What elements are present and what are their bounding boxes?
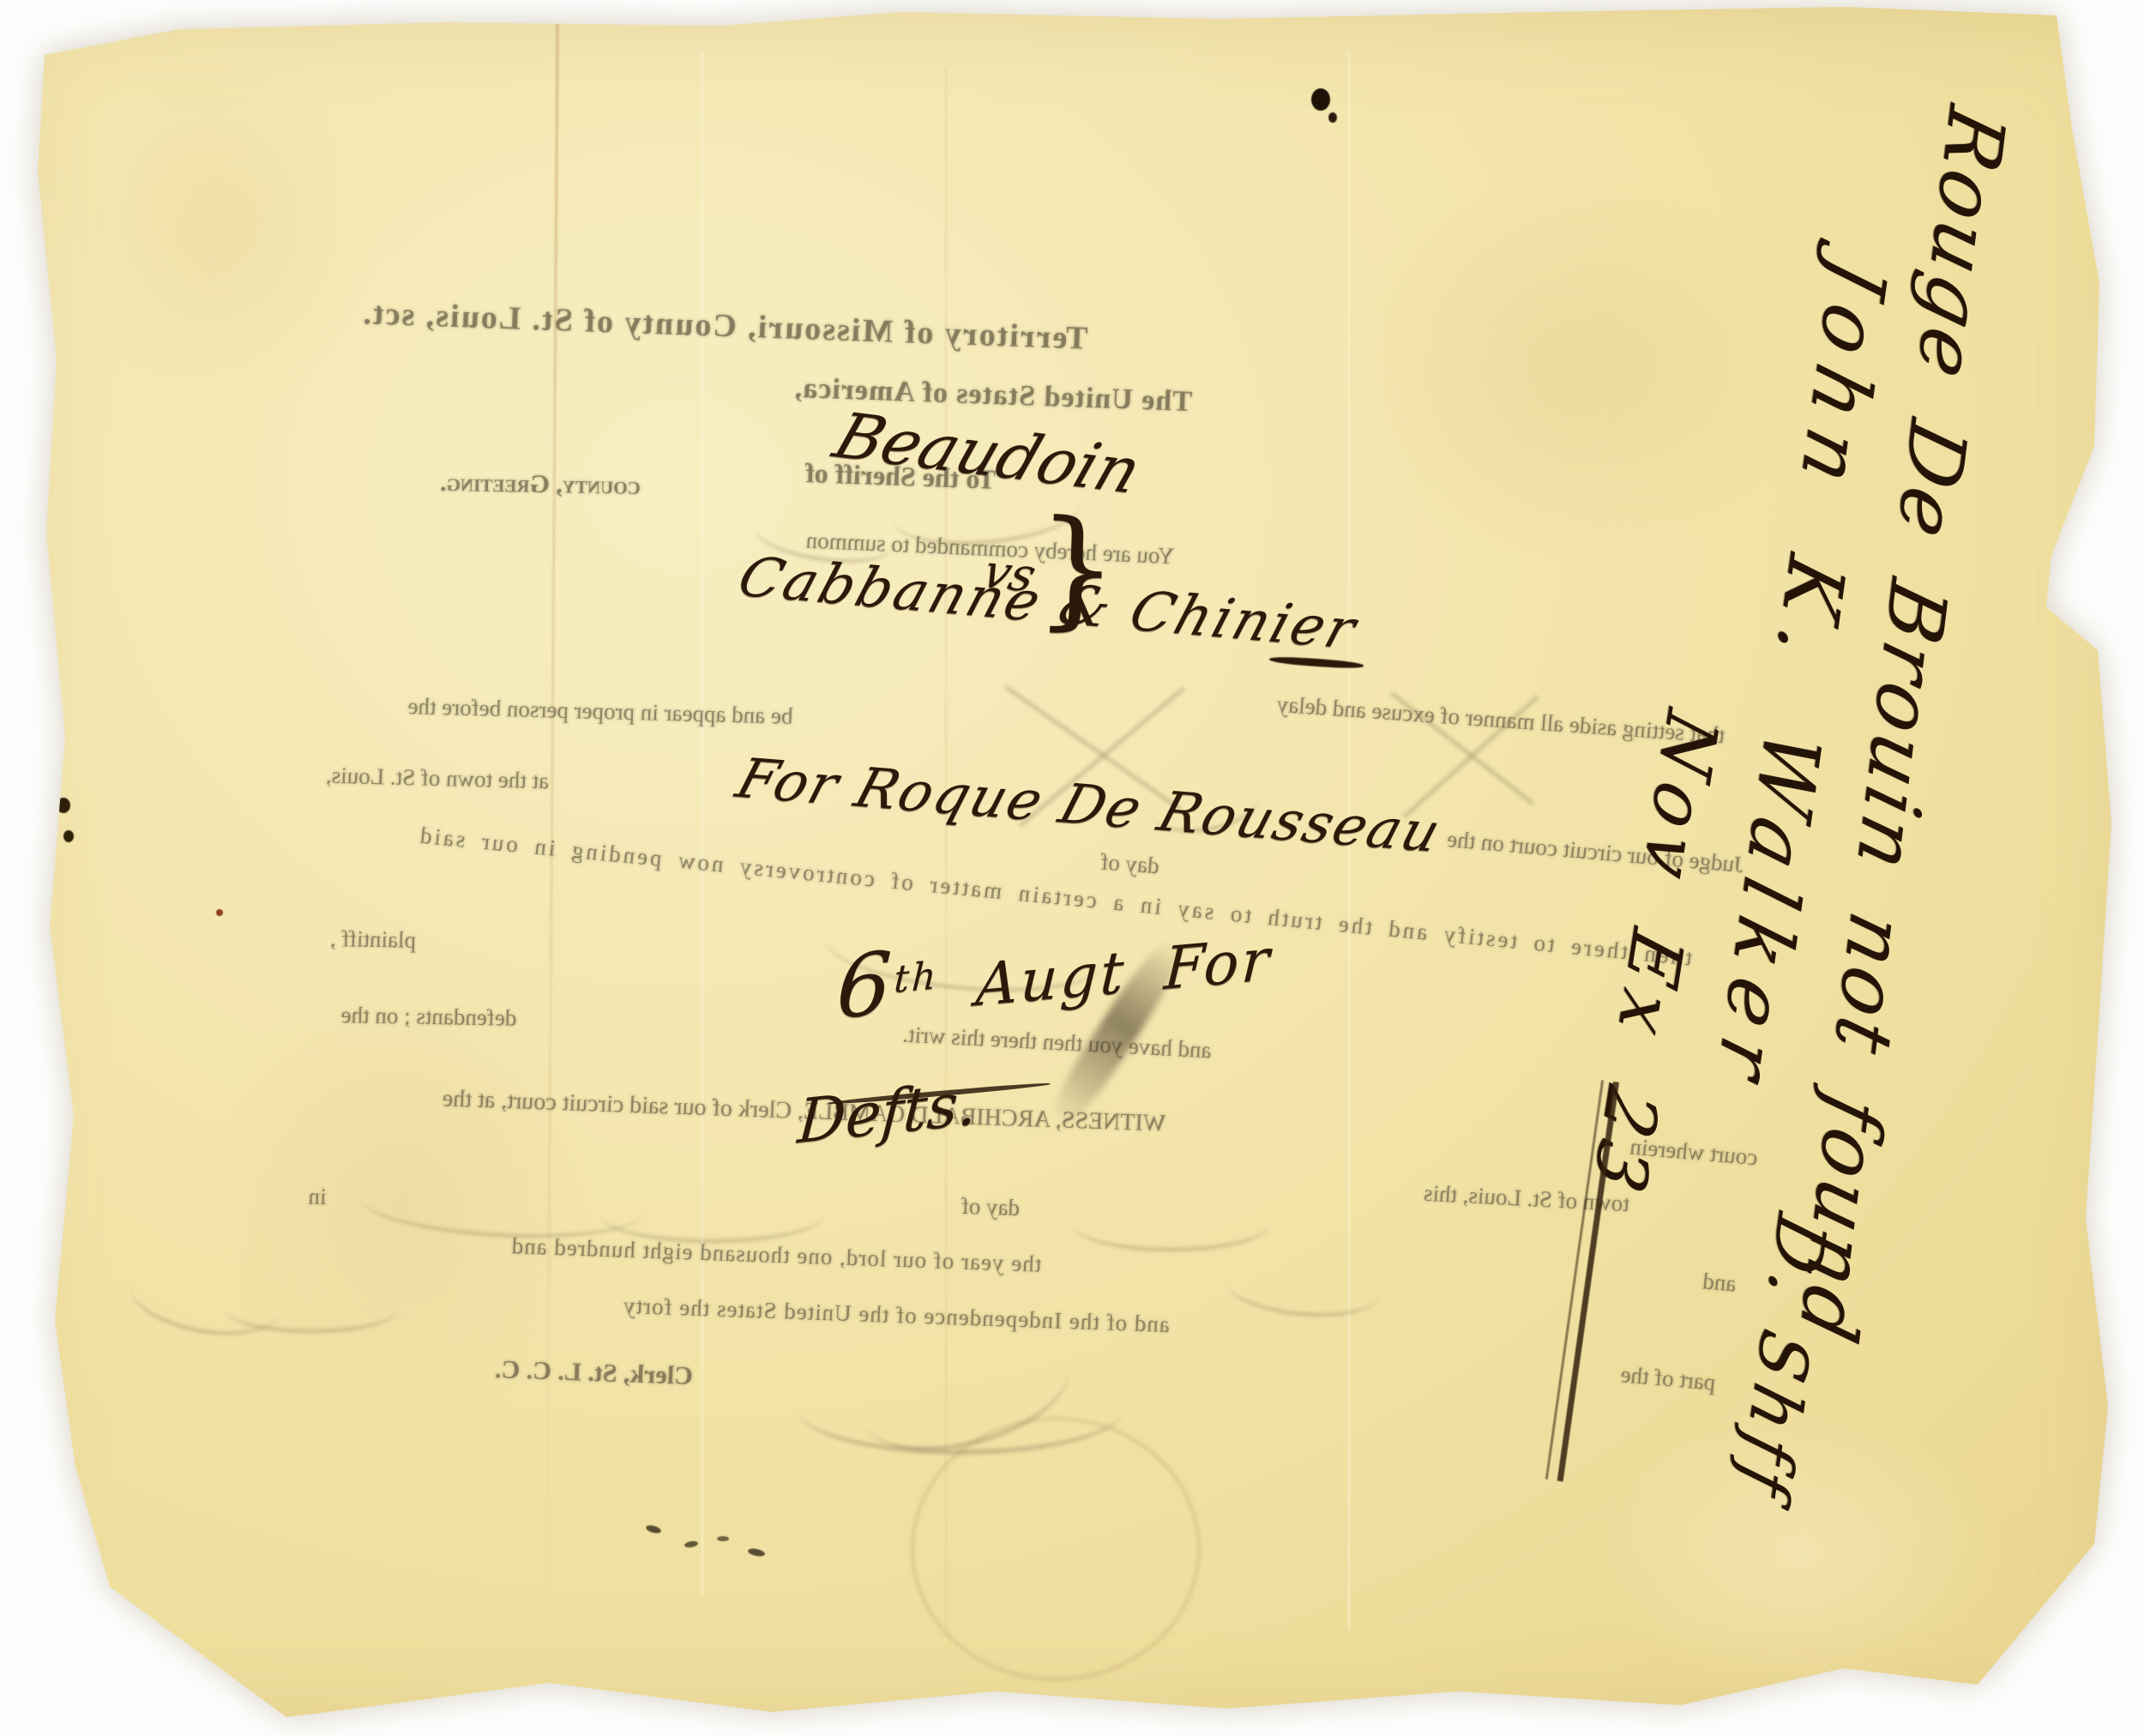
showthrough-script [226, 1287, 397, 1333]
printed-town-line-end: in [283, 1183, 352, 1210]
handwritten-defts: Defts. [796, 1073, 979, 1153]
showthrough-script [600, 1188, 823, 1243]
stain [69, 51, 377, 412]
ink-blot [1311, 88, 1330, 111]
return-day: 6 [834, 932, 897, 1039]
document-paper: Territory of Missouri, County of St. Lou… [0, 0, 2144, 1736]
embossed-seal [911, 1417, 1201, 1681]
return-day-suffix: th [893, 954, 940, 1002]
printed-defendants-label: defendants ; on the [287, 1001, 570, 1033]
printed-town-line-mid: day of [926, 1191, 1056, 1222]
document-scan: Territory of Missouri, County of St. Lou… [0, 0, 2144, 1736]
printed-wherein-end: plaintiff , [292, 925, 455, 954]
ink-blot [1328, 112, 1337, 123]
stain [1338, 172, 1818, 566]
ink-blot [63, 830, 74, 842]
paper-shadow: Territory of Missouri, County of St. Lou… [0, 0, 2144, 1736]
ink-speck [216, 909, 223, 916]
showthrough-script [1072, 1197, 1269, 1251]
ink-blot [57, 798, 70, 813]
ink-speck [717, 1536, 729, 1541]
